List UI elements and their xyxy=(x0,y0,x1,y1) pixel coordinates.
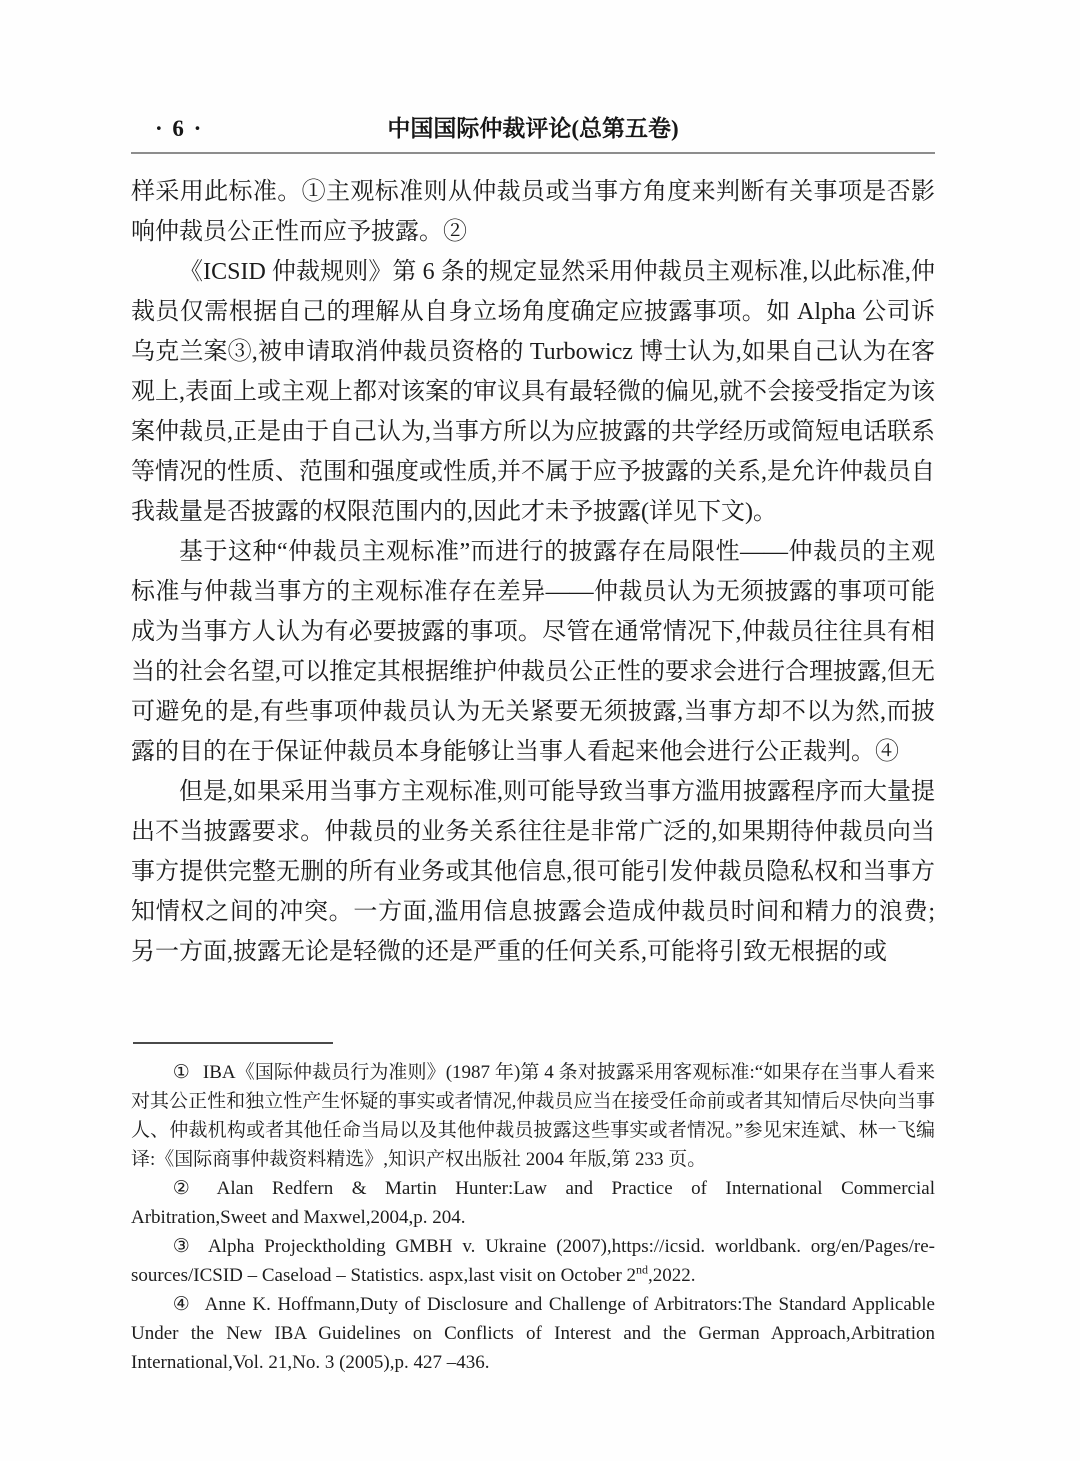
footnote-3-superscript: nd xyxy=(636,1263,648,1277)
footnote-4: ④Anne K. Hoffmann,Duty of Disclosure and… xyxy=(131,1290,935,1377)
footnote-3: ③Alpha Projecktholding GMBH v. Ukraine (… xyxy=(131,1232,935,1290)
body-paragraph-2: 《ICSID 仲裁规则》第 6 条的规定显然采用仲裁员主观标准,以此标准,仲裁员… xyxy=(131,252,935,532)
body-paragraph-3: 基于这种“仲裁员主观标准”而进行的披露存在局限性——仲裁员的主观标准与仲裁当事方… xyxy=(131,532,935,772)
body-paragraph-4: 但是,如果采用当事方主观标准,则可能导致当事方滥用披露程序而大量提出不当披露要求… xyxy=(131,772,935,972)
header-rule xyxy=(131,152,935,154)
footnotes-section: ①IBA《国际仲裁员行为准则》(1987 年)第 4 条对披露采用客观标准:“如… xyxy=(131,1058,935,1377)
body-paragraph-1: 样采用此标准。①主观标准则从仲裁员或当事方角度来判断有关事项是否影响仲裁员公正性… xyxy=(131,172,935,252)
footnote-3-marker: ③ xyxy=(173,1236,195,1257)
footnote-2-text: Alan Redfern & Martin Hunter:Law and Pra… xyxy=(131,1178,935,1228)
document-page: · 6 · 中国国际仲裁评论(总第五卷) 样采用此标准。①主观标准则从仲裁员或当… xyxy=(0,0,1080,1461)
footnote-1-marker: ① xyxy=(173,1062,190,1083)
footnote-4-text: Anne K. Hoffmann,Duty of Disclosure and … xyxy=(131,1294,935,1373)
footnote-3-text-end: ,2022. xyxy=(648,1265,696,1286)
footnote-1-text: IBA《国际仲裁员行为准则》(1987 年)第 4 条对披露采用客观标准:“如果… xyxy=(131,1062,935,1170)
footnote-4-marker: ④ xyxy=(173,1294,192,1315)
page-header: · 6 · 中国国际仲裁评论(总第五卷) xyxy=(131,114,935,154)
footnote-2-marker: ② xyxy=(173,1178,204,1199)
running-head: · 6 · 中国国际仲裁评论(总第五卷) xyxy=(131,114,935,144)
journal-title: 中国国际仲裁评论(总第五卷) xyxy=(387,116,678,141)
body-text: 样采用此标准。①主观标准则从仲裁员或当事方角度来判断有关事项是否影响仲裁员公正性… xyxy=(131,172,935,972)
footnote-2: ②Alan Redfern & Martin Hunter:Law and Pr… xyxy=(131,1174,935,1232)
footnote-separator xyxy=(133,1042,333,1044)
page-number: · 6 · xyxy=(155,114,203,144)
footnote-1: ①IBA《国际仲裁员行为准则》(1987 年)第 4 条对披露采用客观标准:“如… xyxy=(131,1058,935,1174)
footnote-3-text: Alpha Projecktholding GMBH v. Ukraine (2… xyxy=(131,1236,935,1286)
